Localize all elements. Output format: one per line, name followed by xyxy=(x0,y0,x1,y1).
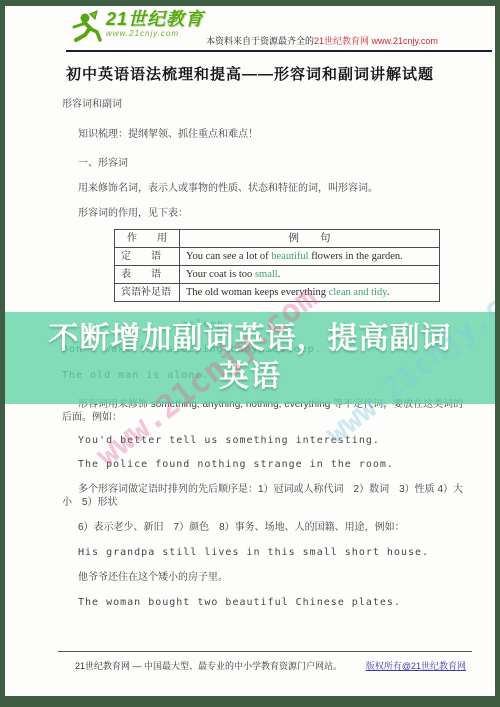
table-cell-role: 宾语补足语 xyxy=(115,284,180,302)
table-cell-example: The old woman keeps everything clean and… xyxy=(180,284,440,302)
table-cell-example: Your coat is too small. xyxy=(180,266,440,284)
para-table-intro: 形容词的作用，见下表： xyxy=(62,207,464,220)
site-logo[interactable]: 21世纪教育 www.21cnjy.com xyxy=(70,10,204,46)
frame-left xyxy=(0,0,5,707)
tagline-prefix: 本资料来自于资源最齐全的 xyxy=(206,36,314,46)
overlay-text-line1: 不断增加副词英语，提高副词 xyxy=(49,320,452,358)
promo-overlay-banner: 不断增加副词英语，提高副词 英语 xyxy=(0,312,500,404)
overlay-text-line2: 英语 xyxy=(219,358,281,396)
adjective-usage-table: 作 用 例 句 定 语You can see a lot of beautifu… xyxy=(114,229,440,302)
example-police: The police found nothing strange in the … xyxy=(78,458,464,471)
footer-divider xyxy=(58,651,472,652)
highlighted-word: clean and tidy xyxy=(329,287,387,298)
running-mascot-icon xyxy=(70,10,104,46)
table-cell-role: 表 语 xyxy=(115,266,180,284)
tagline-site-link[interactable]: 21世纪教育网 www.21cnjy.com xyxy=(314,36,438,46)
frame-bottom xyxy=(0,696,500,707)
table-header-row: 作 用 例 句 xyxy=(115,230,440,248)
para-order-rule-2: 6）表示老少、新旧 7）颜色 8）事务、场地、人的国籍、用途，例如： xyxy=(78,521,464,534)
table-cell-example: You can see a lot of beautiful flowers i… xyxy=(180,248,440,266)
para-order-rule: 多个形容词做定语时排列的先后顺序是：1）冠词或人称代词 2）数词 3）性质 4）… xyxy=(62,483,464,509)
col-header-role: 作 用 xyxy=(115,230,180,248)
heading-adjective: 一、形容词 xyxy=(62,157,464,170)
frame-right xyxy=(495,0,500,707)
para-definition: 用来修饰名词，表示人或事物的性质、状态和特征的词，叫形容词。 xyxy=(62,182,464,195)
table-row: 定 语You can see a lot of beautiful flower… xyxy=(115,248,440,266)
intro-line: 知识梳理：提纲挈领、抓住重点和难点！ xyxy=(62,128,464,141)
logo-site-url: www.21cnjy.com xyxy=(106,30,204,38)
example-grandpa: His grandpa still lives in this small sh… xyxy=(78,546,464,559)
page-title: 初中英语语法梳理和提高——形容词和副词讲解试题 xyxy=(0,63,500,84)
example-interesting: You'd better tell us something interesti… xyxy=(78,434,464,447)
page-footer: 21世纪教育网 — 中国最大型、最专业的中小学教育资源门户网站。 版权所有@21… xyxy=(75,659,466,672)
col-header-example: 例 句 xyxy=(180,230,440,248)
table-row: 宾语补足语The old woman keeps everything clea… xyxy=(115,284,440,302)
example-woman: The woman bought two beautiful Chinese p… xyxy=(78,596,464,609)
site-header: 21世纪教育 www.21cnjy.com 本资料来自于资源最齐全的21世纪教育… xyxy=(68,8,490,50)
header-divider xyxy=(66,50,492,52)
footer-copyright-link[interactable]: 版权所有@21世纪教育网 xyxy=(366,659,466,672)
header-tagline: 本资料来自于资源最齐全的21世纪教育网 www.21cnjy.com xyxy=(206,34,438,47)
table-row: 表 语Your coat is too small. xyxy=(115,266,440,284)
footer-slogan: 21世纪教育网 — 中国最大型、最专业的中小学教育资源门户网站。 xyxy=(75,659,342,672)
translation-grandpa: 他爷爷还住在这个矮小的房子里。 xyxy=(78,571,464,584)
table-cell-role: 定 语 xyxy=(115,248,180,266)
highlighted-word: small xyxy=(255,269,278,280)
frame-top xyxy=(0,0,500,6)
logo-name: 21世纪教育 xyxy=(106,10,204,28)
highlighted-word: beautiful xyxy=(271,251,308,262)
worksheet-page: 21世纪教育 www.21cnjy.com 本资料来自于资源最齐全的21世纪教育… xyxy=(0,0,500,707)
section-label: 形容词和副词 xyxy=(62,98,464,111)
